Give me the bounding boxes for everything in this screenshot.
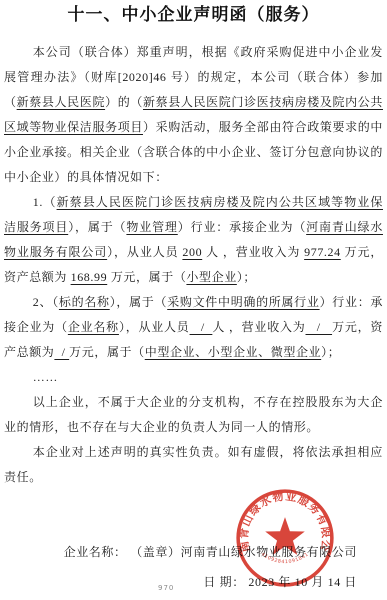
item-1-paragraph: 1.（新蔡县人民医院门诊医技病房楼及院内公共区域等物业保洁服务项目），属于（物业…	[4, 190, 383, 290]
static-text: 人 ，营业收入为	[202, 245, 304, 259]
company-stamp: 河南青山绿水物业服务有限公司 41092841091841	[234, 488, 336, 588]
static-text: ），属于（	[68, 220, 126, 234]
static-text: 万元，属于（	[69, 345, 145, 359]
no-affiliation-paragraph: 以上企业，不属于大企业的分支机构，不存在控股股东为大企业的情形，也不存在与大企业…	[4, 390, 383, 440]
static-text: 2、（	[33, 295, 59, 309]
page-number: 970	[158, 584, 174, 592]
item-2-paragraph: 2、（标的名称），属于（采购文件中明确的所属行业）行业：承接企业为（企业名称），…	[4, 290, 383, 365]
underlined-filled-value: 企业名称	[68, 320, 119, 334]
underlined-filled-value: 新蔡县人民医院	[17, 95, 105, 109]
underlined-filled-value: 采购文件中明确的所属行业	[167, 295, 319, 309]
underlined-filled-value: /	[190, 320, 213, 334]
company-stamp-svg: 河南青山绿水物业服务有限公司 41092841091841	[234, 488, 336, 588]
responsibility-paragraph: 本企业对上述声明的真实性负责。如有虚假，将依法承担相应责任。	[4, 440, 383, 490]
declaration-document-page: 十一、中小企业声明函（服务） 本公司（联合体）郑重声明，根据《政府采购促进中小企…	[0, 3, 387, 600]
static-text: ），从业人员	[119, 320, 190, 334]
ellipsis-paragraph: ……	[4, 365, 383, 390]
static-text: ），从业人员	[107, 245, 182, 259]
static-text: ），属于（	[110, 295, 168, 309]
intro-paragraph: 本公司（联合体）郑重声明，根据《政府采购促进中小企业发展管理办法》（财库[202…	[4, 40, 383, 190]
static-text: 万元，属于（	[107, 270, 186, 284]
underlined-filled-value: 物业管理	[126, 220, 177, 234]
static-text: ）行业：承接企业为（	[178, 220, 306, 234]
svg-text:41092841091841: 41092841091841	[260, 551, 310, 565]
static-text: 人 ，营业收入为	[212, 320, 305, 334]
underlined-filled-value: 977.24	[304, 245, 341, 259]
underlined-filled-value: 200	[182, 245, 202, 259]
static-text: ）；	[237, 270, 256, 284]
underlined-filled-value: /	[54, 345, 69, 359]
stamp-serial-text: 41092841091841	[260, 551, 310, 565]
static-text: 本企业对上述声明的真实性负责。如有虚假，将依法承担相应责任。	[4, 445, 383, 484]
underlined-filled-value: 168.99	[71, 270, 108, 284]
underlined-filled-value: /	[306, 320, 333, 334]
underlined-filled-value: 小型企业	[186, 270, 236, 284]
static-text: 以上企业，不属于大企业的分支机构，不存在控股股东为大企业的情形，也不存在与大企业…	[4, 395, 383, 434]
static-text: 1.（	[33, 195, 57, 209]
page-title: 十一、中小企业声明函（服务）	[4, 3, 383, 27]
static-text: ）；	[321, 345, 340, 359]
stamp-star-icon	[265, 517, 305, 555]
static-text: ……	[33, 370, 58, 384]
underlined-filled-value: 中型企业、小型企业、微型企业	[145, 345, 321, 359]
underlined-filled-value: 标的名称	[59, 295, 110, 309]
static-text: ）的（	[105, 95, 143, 109]
